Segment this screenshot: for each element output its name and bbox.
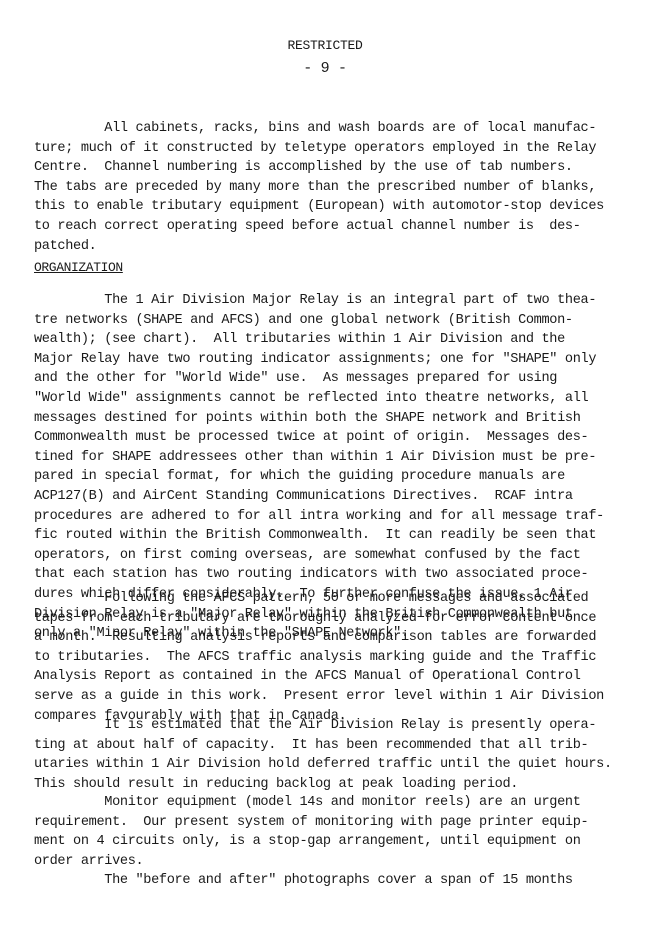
text-line: to tributaries. The AFCS traffic analysi…	[34, 648, 634, 668]
paragraph-monitor-equipment: Monitor equipment (model 14s and monitor…	[34, 793, 634, 871]
text-line: This should result in reducing backlog a…	[34, 775, 634, 795]
text-line: that each station has two routing indica…	[34, 565, 634, 585]
text-line: tre networks (SHAPE and AFCS) and one gl…	[34, 311, 634, 331]
text-line: procedures are adhered to for all intra …	[34, 507, 634, 527]
paragraph-photographs: The "before and after" photographs cover…	[34, 871, 634, 891]
text-line: utaries within 1 Air Division hold defer…	[34, 755, 634, 775]
text-line: tined for SHAPE addressees other than wi…	[34, 448, 634, 468]
paragraph-capacity: It is estimated that the Air Division Re…	[34, 716, 634, 794]
text-line: Centre. Channel numbering is accomplishe…	[34, 158, 634, 178]
paragraph-equipment: All cabinets, racks, bins and wash board…	[34, 119, 634, 256]
text-line: Following the AFCS pattern, 50 or more m…	[34, 589, 634, 609]
text-line: and the other for "World Wide" use. As m…	[34, 369, 634, 389]
text-line: All cabinets, racks, bins and wash board…	[34, 119, 634, 139]
paragraph-traffic-analysis: Following the AFCS pattern, 50 or more m…	[34, 589, 634, 726]
text-line: messages destined for points within both…	[34, 409, 634, 429]
text-line: wealth); (see chart). All tributaries wi…	[34, 330, 634, 350]
text-line: "World Wide" assignments cannot be refle…	[34, 389, 634, 409]
text-line: order arrives.	[34, 852, 634, 872]
text-line: The "before and after" photographs cover…	[34, 871, 634, 891]
text-line: Major Relay have two routing indicator a…	[34, 350, 634, 370]
text-line: requirement. Our present system of monit…	[34, 813, 634, 833]
text-line: Analysis Report as contained in the AFCS…	[34, 667, 634, 687]
text-line: this to enable tributary equipment (Euro…	[34, 197, 634, 217]
text-line: a month. Resulting analysis reports and …	[34, 628, 634, 648]
text-line: serve as a guide in this work. Present e…	[34, 687, 634, 707]
text-line: to reach correct operating speed before …	[34, 217, 634, 237]
section-heading: ORGANIZATION	[34, 260, 123, 275]
text-line: patched.	[34, 237, 634, 257]
text-line: tapes from each tributary are thoroughly…	[34, 609, 634, 629]
text-line: It is estimated that the Air Division Re…	[34, 716, 634, 736]
text-line: ting at about half of capacity. It has b…	[34, 736, 634, 756]
text-line: Monitor equipment (model 14s and monitor…	[34, 793, 634, 813]
text-line: Commonwealth must be processed twice at …	[34, 428, 634, 448]
text-line: pared in special format, for which the g…	[34, 467, 634, 487]
text-line: The tabs are preceded by many more than …	[34, 178, 634, 198]
text-line: operators, on first coming overseas, are…	[34, 546, 634, 566]
text-line: ment on 4 circuits only, is a stop-gap a…	[34, 832, 634, 852]
text-line: The 1 Air Division Major Relay is an int…	[34, 291, 634, 311]
text-line: ture; much of it constructed by teletype…	[34, 139, 634, 159]
page-number: - 9 -	[0, 60, 650, 77]
classification-marking: RESTRICTED	[0, 38, 650, 53]
text-line: fic routed within the British Commonweal…	[34, 526, 634, 546]
text-line: ACP127(B) and AirCent Standing Communica…	[34, 487, 634, 507]
